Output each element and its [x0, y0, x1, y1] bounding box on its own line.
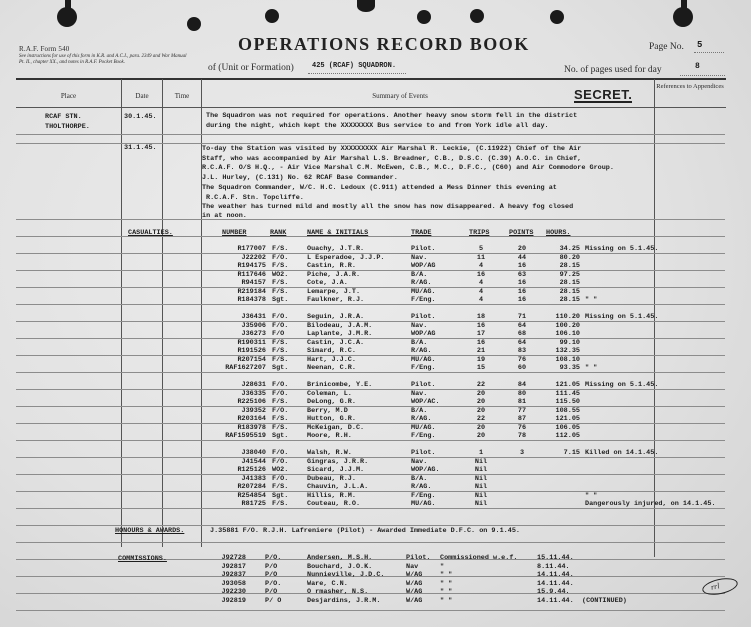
pages-used-value: 8 [695, 62, 700, 71]
binder-hole [57, 7, 77, 27]
commission-name: Desjardins, J.R.M. [307, 597, 407, 606]
binder-hole [550, 10, 564, 24]
casualty-remark: " " [585, 364, 705, 373]
casualty-hours: 93.35 [540, 364, 580, 373]
stamp-initials: rrl [710, 581, 720, 592]
header-name: NAME & INITIALS [307, 229, 368, 238]
unit-label: of (Unit or Formation) [208, 63, 294, 73]
casualty-rank: Sgt. [272, 296, 302, 305]
column-header-date: Date [122, 92, 162, 100]
column-header-place: Place [16, 92, 121, 100]
casualty-trips: 4 [466, 296, 496, 305]
casualty-name: Couteau, R.O. [307, 500, 407, 509]
casualty-hours: 112.05 [540, 432, 580, 441]
ruled-line [16, 525, 725, 526]
casualty-trade: MU/AG. [411, 500, 463, 509]
ruled-line [16, 610, 725, 611]
summary-line: Staff, who was accompanied by Air Marsha… [202, 155, 581, 164]
casualty-rank: Sgt. [272, 364, 302, 373]
header-rank: RANK [270, 229, 286, 238]
header-hours: HOURS. [546, 229, 570, 238]
commission-rank: P/ O [265, 597, 295, 606]
column-divider-place [121, 79, 122, 547]
binder-hole [470, 9, 484, 23]
summary-line: The weather has turned mild and mostly a… [202, 203, 573, 212]
casualty-number: RAF1595519 [206, 432, 266, 441]
initials-stamp: rrl [701, 575, 739, 597]
summary-line: R.C.A.F. Stn. Topcliffe. [206, 194, 304, 203]
ruled-line [16, 236, 725, 237]
entry-date: 30.1.45. [124, 113, 157, 122]
page-number-value: 5 [697, 40, 702, 50]
casualty-remark: " " [585, 296, 705, 305]
header-trips: TRIPS [469, 229, 489, 238]
ruled-line [16, 219, 725, 220]
page-number-label: Page No. [649, 42, 684, 52]
pages-used-underline [680, 75, 725, 76]
commissions-section-label: COMMISSIONS. [118, 555, 167, 564]
casualty-points: 60 [507, 364, 537, 373]
page-number-underline [694, 52, 724, 53]
summary-line: R.C.A.F. O/S H.Q., - Air Vice Marshal C.… [202, 164, 614, 173]
binder-hole [417, 10, 431, 24]
page-title: OPERATIONS RECORD BOOK [238, 34, 530, 55]
casualty-hours: 28.15 [540, 296, 580, 305]
casualty-remark: Missing on 5.1.45. [585, 313, 705, 322]
binder-hole [187, 17, 201, 31]
commission-number: J92819 [206, 597, 246, 606]
summary-line: The Squadron was not required for operat… [206, 112, 577, 121]
casualty-trips: 15 [466, 364, 496, 373]
casualty-number: R184378 [206, 296, 266, 305]
casualty-remark: Missing on 5.1.45. [585, 245, 705, 254]
casualties-section-label: CASUALTIES. [128, 229, 173, 238]
ruled-line [16, 134, 725, 135]
commission-trade: W/AG [406, 597, 436, 606]
casualty-number: R81725 [206, 500, 266, 509]
column-header-summary: Summary of Events [300, 92, 500, 100]
pages-used-label: No. of pages used for day [564, 65, 662, 75]
casualty-trade: F/Eng. [411, 296, 463, 305]
entry-date: 31.1.45. [124, 144, 157, 153]
summary-line: in at noon. [202, 212, 247, 221]
table-top-rule [16, 78, 726, 80]
unit-underline [308, 73, 406, 74]
summary-line: J.L. Hurley, (C.131) No. 62 RCAF Base Co… [202, 174, 398, 183]
casualty-name: Neenan, C.R. [307, 364, 407, 373]
casualty-remark: Dangerously injured, on 14.1.45. [585, 500, 705, 509]
honours-text: J.35881 F/O. R.J.H. Lafreniere (Pilot) -… [210, 527, 520, 536]
casualty-points: 78 [507, 432, 537, 441]
ruled-line [16, 542, 725, 543]
casualty-points: 3 [507, 449, 537, 458]
casualty-remark: Missing on 5.1.45. [585, 381, 705, 390]
binder-hole [265, 9, 279, 23]
casualty-rank: F/S. [272, 500, 302, 509]
header-trade: TRADE [411, 229, 431, 238]
casualty-hours: 7.15 [540, 449, 580, 458]
form-instructions: See instructions for use of this form in… [19, 54, 189, 66]
column-divider-date [162, 79, 163, 547]
commission-note: " " [440, 597, 528, 606]
summary-line: To-day the Station was visited by XXXXXX… [202, 145, 581, 154]
casualty-remark: Killed on 14.1.45. [585, 449, 705, 458]
honours-section-label: HONOURS & AWARDS. [115, 527, 184, 536]
commission-date: 14.11.44. [537, 597, 582, 606]
casualty-trade: F/Eng. [411, 364, 463, 373]
binder-hole [673, 7, 693, 27]
header-bottom-rule [16, 107, 726, 108]
casualty-points: 16 [507, 296, 537, 305]
summary-line: during the night, which kept the XXXXXXX… [206, 122, 549, 131]
binder-hole [357, 0, 375, 12]
unit-value: 425 (RCAF) SQUADRON. [312, 62, 396, 70]
summary-line: The Squadron Commander, W/C. H.C. Ledoux… [202, 184, 557, 193]
casualty-trade: F/Eng. [411, 432, 463, 441]
ruled-line [16, 143, 725, 144]
casualty-trips: Nil [466, 500, 496, 509]
header-number: NUMBER [222, 229, 246, 238]
form-number: R.A.F. Form 540 [19, 45, 69, 53]
header-points: POINTS [509, 229, 533, 238]
secret-stamp: SECRET. [574, 88, 632, 103]
place-line-2: THOLTHORPE. [45, 123, 90, 132]
place-line-1: RCAF STN. [45, 113, 82, 122]
casualty-trips: 20 [466, 432, 496, 441]
casualty-name: Faulkner, R.J. [307, 296, 407, 305]
column-header-time: Time [163, 92, 201, 100]
column-header-references: References to Appendices [656, 82, 724, 91]
casualty-rank: Sgt. [272, 432, 302, 441]
commission-continued: (CONTINUED) [582, 597, 652, 606]
casualty-number: RAF1627207 [206, 364, 266, 373]
casualty-name: Moore, R.H. [307, 432, 407, 441]
